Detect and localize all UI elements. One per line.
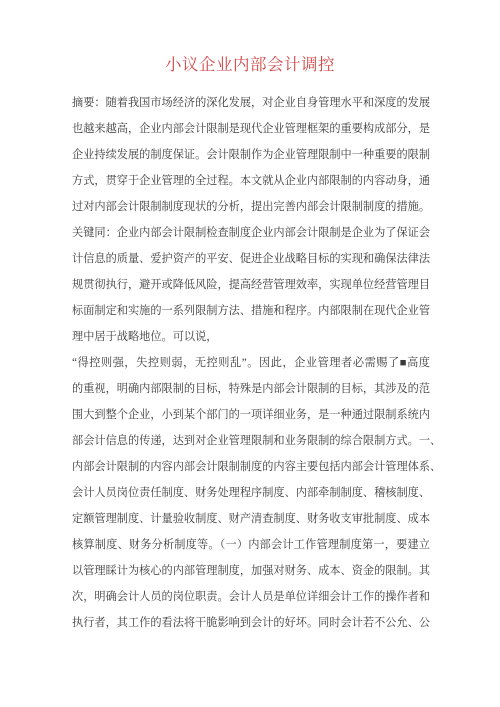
text-line: “得控则强，失控则弱，无控则乱”。因此，企业管理者必需赐了■高度 — [72, 350, 430, 376]
text-line: 关键同：企业内部会计限制检查制度企业内部会计限制是企业为了保证会 — [72, 220, 430, 246]
document-page: 小议企业内部会计调控 摘要：随着我国市场经济的深化发展，对企业自身管理水平和深度… — [0, 0, 500, 707]
text-line: 以管理睬计为核心的内部管理制度，加强对财务、成本、资金的限制。其 — [72, 558, 430, 584]
text-line: 规贯彻执行，避开或降低风险，提高经营管理效率，实现单位经营管理目 — [72, 272, 430, 298]
text-line: 部会计信息的传递，达到对企业管理限制和业务限制的综合限制方式。一、 — [72, 428, 430, 454]
text-line: 企业持续发展的制度保证。会计限制作为企业管理限制中一种重要的限制 — [72, 142, 430, 168]
text-line: 摘要：随着我国市场经济的深化发展，对企业自身管理水平和深度的发展 — [72, 90, 430, 116]
text-line: 理中居于战略地位。可以说， — [72, 324, 430, 350]
text-line: 执行者，其工作的看法将干脆影响到会计的好坏。同时会计若不公允、公 — [72, 610, 430, 636]
text-line: 的重视，明确内部限制的目标，特殊是内部会计限制的目标，其涉及的范 — [72, 376, 430, 402]
text-line: 方式，贯穿于企业管理的全过程。本文就从企业内部限制的内容动身，通 — [72, 168, 430, 194]
body-text: 摘要：随着我国市场经济的深化发展，对企业自身管理水平和深度的发展也越来越高，企业… — [72, 90, 430, 636]
text-line: 会计人员岗位责任制度、财务处理程序制度、内部牵制制度、稽核制度、 — [72, 480, 430, 506]
text-line: 内部会计限制的内容内部会计限制制度的内容主要包括内部会计管理体系、 — [72, 454, 430, 480]
text-line: 过对内部会计限制制度现状的分析，提出完善内部会计限制制度的措施。 — [72, 194, 430, 220]
text-line: 核算制度、财务分析制度等。（一）内部会计工作管理制度第一，要建立 — [72, 532, 430, 558]
text-line: 定额管理制度、计量验收制度、财产清查制度、财务收支审批制度、成本 — [72, 506, 430, 532]
text-line: 计信息的质量、爱护资产的平安、促进企业战略目标的实现和确保法律法 — [72, 246, 430, 272]
text-line: 标面制定和实施的一系列限制方法、措施和程序。内部限制在现代企业管 — [72, 298, 430, 324]
page-title: 小议企业内部会计调控 — [0, 53, 500, 76]
text-line: 也越来越高，企业内部会计限制是现代企业管理框架的重要构成部分，是 — [72, 116, 430, 142]
text-line: 次，明确会计人员的岗位职责。会计人员是单位详细会计工作的操作者和 — [72, 584, 430, 610]
text-line: 围大到整个企业，小到某个部门的一项详细业务，是一种通过限制系统内 — [72, 402, 430, 428]
